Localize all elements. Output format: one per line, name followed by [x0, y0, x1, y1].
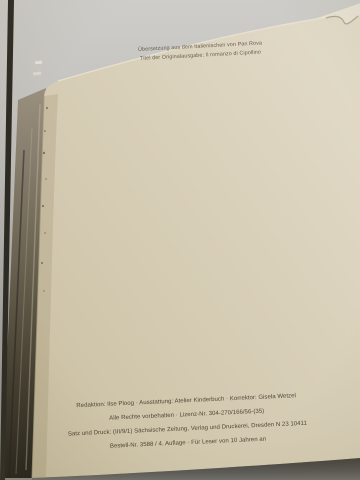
- book-imprint-page-photo: Übersetzung aus dem Italienischen von Pa…: [0, 0, 360, 480]
